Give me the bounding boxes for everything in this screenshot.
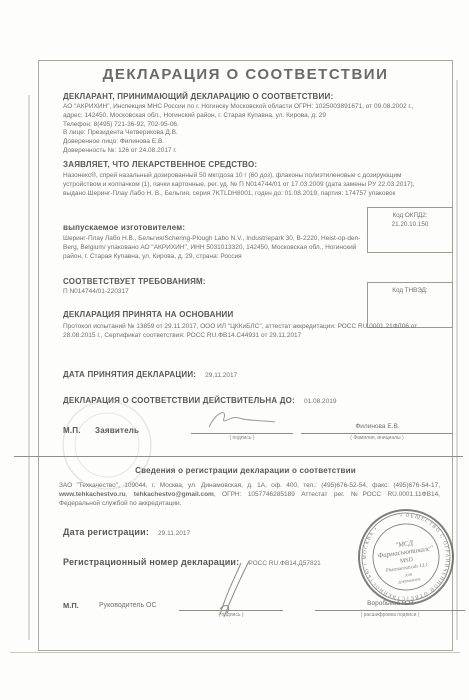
scan-fold-line-bottom [10,652,460,653]
tnved-code-box: Код ТНВЭД: [367,282,453,328]
company-round-stamp: • ОБЩЕСТВО С ОГРАНИЧЕННОЙ ОТВЕТСТВЕННОСТ… [348,499,463,614]
stamp-center-line: документов [398,576,421,584]
applicant-name: Филинова Е.В. [305,423,450,430]
manufacturer-details: Шеринг-Плау Лабо Н.В., Бельгия/Schering-… [63,235,363,261]
compliance-value: П N014744/01-220317 [63,288,129,297]
registration-heading: Сведения о регистрации декларации о соот… [39,466,452,475]
registrar-name-caption: ( расшифровка подписи ) [315,612,465,618]
manufacturer-heading: выпускаемое изготовителем: [63,223,185,232]
registration-number-row: Регистрационный номер декларации: РОСС R… [63,557,321,567]
declarant-heading: ДЕКЛАРАНТ, ПРИНИМАЮЩИЙ ДЕКЛАРАЦИЮ О СООТ… [63,92,438,101]
tnved-label: Код ТНВЭД: [370,286,450,295]
applicant-signature-line [191,433,293,434]
registrar-mp-label: М.П. [63,601,79,610]
declarant-details: АО "АКРИХИН", Инспекция МНС России по г.… [63,103,423,156]
scanned-declaration-page: ДЕКЛАРАЦИЯ О СООТВЕТСТВИИ ДЕКЛАРАНТ, ПРИ… [0,0,469,700]
registration-body: ЗАО "Техкачество", 109044, г. Москва, ул… [59,482,440,508]
registration-date-row: Дата регистрации: 29.11.2017 [63,527,190,537]
declarant-line: Телефон: 8(495) 721-36-92, 702-95-06. [63,121,423,130]
declarant-line: АО "АКРИХИН", Инспекция МНС России по г.… [63,103,423,121]
adoption-date-row: ДАТА ПРИНЯТИЯ ДЕКЛАРАЦИИ: 29.11.2017 [63,370,237,379]
declarant-line: Доверенное лицо: Филинова Е.В. [63,138,423,147]
registrar-signature-line [179,610,283,611]
adoption-date-label: ДАТА ПРИНЯТИЯ ДЕКЛАРАЦИИ: [63,370,196,379]
okpd2-label: Код ОКПД2: [370,211,450,220]
registration-separator: , [126,491,134,498]
registration-website: www.tehkachestvo.ru [59,491,126,498]
registrar-signature-caption: ( подпись ) [179,612,283,618]
applicant-signature-caption: ( подпись ) [191,435,293,441]
valid-until-value: 01.08.2019 [304,398,337,405]
adoption-date-value: 29.11.2017 [205,372,237,379]
registrar-name: Воробьева Н.Н. [321,600,461,607]
registration-date-value: 29.11.2017 [158,530,190,537]
registration-email: tehkachestvo@gmail.com [134,491,214,498]
basis-details: Протокол испытаний № 13859 от 29.11.2017… [63,323,433,341]
applicant-mp-label: М.П. [63,426,81,435]
document-frame: ДЕКЛАРАЦИЯ О СООТВЕТСТВИИ ДЕКЛАРАНТ, ПРИ… [38,60,453,651]
registrar-role-label: Руководитель ОС [99,601,157,610]
scan-artifact-left-edge [28,95,30,640]
stamp-center-line: MSD [400,557,414,565]
registration-body-start: ЗАО "Техкачество", 109044, г. Москва, ул… [59,482,440,489]
registrar-name-line [315,610,465,611]
basis-heading: ДЕКЛАРАЦИЯ ПРИНЯТА НА ОСНОВАНИИ [63,310,233,319]
applicant-name-line [301,433,453,434]
compliance-heading: СООТВЕТСТВУЕТ ТРЕБОВАНИЯМ: [63,277,206,286]
product-description: Назонекс®, спрей назальный дозированный … [63,172,428,198]
okpd2-value: 21.20.10.150 [370,220,450,229]
registration-date-label: Дата регистрации: [63,527,149,537]
declarant-line: Доверенность №: 126 от 24.08.2017 г. [63,147,423,156]
product-heading: ЗАЯВЛЯЕТ, ЧТО ЛЕКАРСТВЕННОЕ СРЕДСТВО: [63,160,257,169]
applicant-signature [201,405,291,433]
okpd2-code-box: Код ОКПД2: 21.20.10.150 [367,207,453,253]
applicant-name-caption: ( Фамилия, инициалы ) [301,435,453,441]
section-divider [14,456,463,457]
page-title: ДЕКЛАРАЦИЯ О СООТВЕТСТВИИ [39,66,452,83]
applicant-role-label: Заявитель [95,426,139,435]
round-stamp-graphic: • ОБЩЕСТВО С ОГРАНИЧЕННОЙ ОТВЕТСТВЕННОСТ… [348,499,463,614]
declarant-line: В лице: Президента Четверикова Д.В. [63,129,423,138]
